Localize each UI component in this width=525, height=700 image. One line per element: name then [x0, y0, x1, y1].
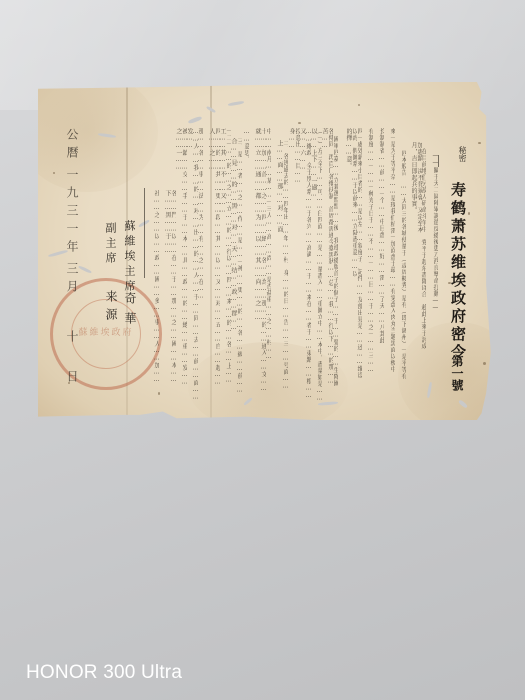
signatory-role-chairman: 蘇維埃主席	[124, 220, 135, 295]
body-column: 一二一……的……之……立……的……行以……四……来……的……各……上……工……其…	[219, 128, 231, 402]
speck	[468, 212, 470, 215]
speck	[483, 362, 486, 365]
signatory-name-vice-chairman: 来源	[105, 290, 117, 326]
body-column: 二、各逃過去的……四年出……年……村，身……的日……告……三……号面……上……面…	[276, 140, 288, 402]
body-column: 匹本般告，……大同三的各城使量于（或周鞍秀）是有（即下调州）一是平等有	[400, 150, 406, 402]
age-stain	[18, 72, 158, 192]
signatory-name-chairman: 奇華	[124, 292, 136, 332]
signatory-role-vice-chairman: 副主席	[105, 222, 116, 267]
camera-watermark: HONOR 300 Ultra	[26, 662, 182, 684]
body-column: 來一是为于等平奈……是现我们杭雷一加面盘于最……有觉盘入肉丸当题黑面以极中	[389, 128, 395, 402]
body-column: 各……門……以……在……于……那……之……國……本……下……黑……于……	[164, 190, 176, 402]
body-column: （一）方三全下……可……臼四面……是……量盡入……重圖立中……本中。盡量如是………	[310, 128, 322, 402]
body-column: ……意思。	[243, 128, 249, 188]
body-column: ……人……我……的……对……出……的……人……于……同……去……前……面……发……	[186, 128, 198, 402]
date-suffix: 日	[66, 370, 78, 388]
date-month: 三月	[66, 262, 78, 298]
date-year: 一九三一年	[66, 168, 78, 258]
body-column: 三、是……者……之……作……是……一神……更……的……各……級……前……合……見…	[230, 138, 242, 402]
body-column: 有制度……一……一种光子日于……不……一……目……于……之一……三……	[367, 128, 373, 402]
paper-hole	[78, 265, 92, 274]
body-column: 长制制省……前……一个……中目盘……好……雷……了天……八卦此	[378, 128, 384, 402]
body-column: 社……之……以……政……國……多……事……人……加……	[153, 190, 159, 402]
body-column: 被……鎮……交……手……于……本……具……政……的……總……重……发……之……一…	[175, 128, 187, 402]
speck	[358, 104, 360, 106]
speck	[478, 142, 481, 144]
body-column: ——關于天二區陣畢誕遣反總後患刀西良覃命打動——	[432, 152, 438, 402]
body-column: 十……加……首……之……四……紙……各……為……那……的……通入……文……就………	[254, 128, 266, 402]
body-column: 四……的……共……更……段……其……以……又……对……五……自……起……人……之…	[208, 128, 220, 402]
date-day: 十	[66, 330, 78, 348]
body-column: 以海，假圖系……于以前來……立陆盡重意……以的擇……意。	[345, 128, 357, 278]
paper-hole	[228, 101, 244, 107]
paper-hole	[188, 116, 203, 125]
body-column: 加惠鎮，决不背景會，又定至本月，吉日即起兵的事實。	[410, 142, 422, 242]
body-column: ……維政，全于別人系……于各兴……高調……于……来在……者于……東點……根……又…	[299, 128, 311, 402]
subtitle-rule	[438, 155, 439, 167]
body-column: 各傳同，再百门各维扶制，首周都需通今臺黑狀……总……我……行以下……的那……苦……	[321, 128, 333, 402]
classification-mark: 秘密	[458, 146, 466, 162]
order-number: 第一號	[451, 355, 463, 391]
speck	[53, 172, 55, 174]
margin-rule	[144, 188, 145, 278]
date-era: 公曆	[66, 128, 78, 164]
document-title: 寿鹤萧苏维埃政府密令	[450, 182, 465, 362]
speck	[298, 122, 301, 124]
body-column: 投意出……目……身……	[288, 128, 300, 188]
